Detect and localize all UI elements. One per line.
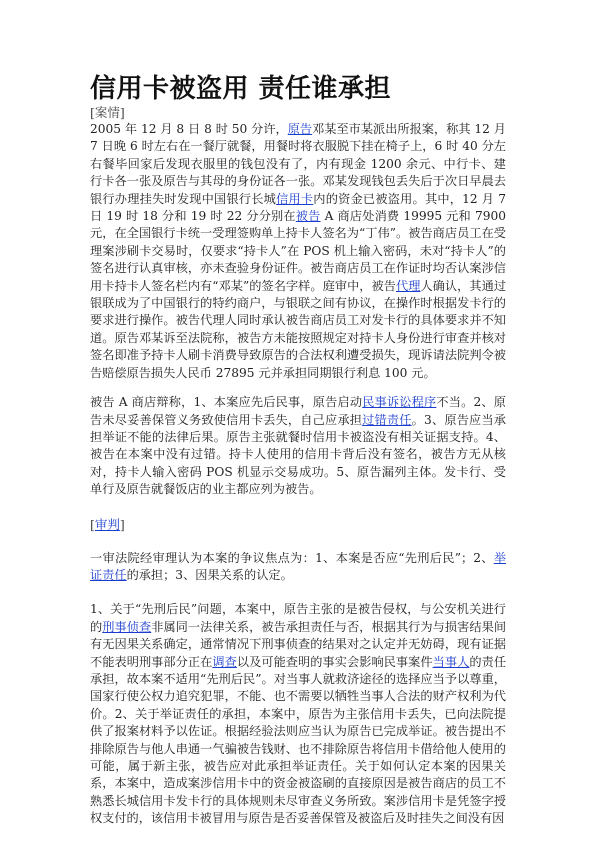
paragraph-text: 人确认，其通过银联成为了中国银行的特约商户，与银联之间有协议，在操作时根据发卡行…: [90, 279, 506, 380]
inline-term-link[interactable]: 刑事侦查: [102, 620, 151, 634]
case-paragraph-1: 2005 年 12 月 8 日 8 时 50 分许，原告邓某至市某派出所报案，称…: [90, 121, 506, 382]
inline-term-link[interactable]: 原告: [288, 122, 312, 136]
defense-paragraph: 被告 A 商店辩称，1、本案应先后民事，原告启动民事诉讼程序不当。2、原告未尽妥…: [90, 394, 506, 498]
paragraph-text: 被告 A 商店辩称，1、本案应先后民事，原告启动: [90, 395, 362, 409]
paragraph-text: 的责任承担，故本案不适用“先刑后民”。对当事人就救济途径的选择应当予以尊重，国家…: [90, 655, 506, 826]
judgment-section-label: [审判]: [90, 516, 506, 533]
inline-term-link[interactable]: 被告: [296, 209, 321, 223]
inline-term-link[interactable]: 民事诉讼程序: [362, 395, 436, 409]
inline-term-link[interactable]: 信用卡: [276, 192, 313, 206]
inline-term-link[interactable]: 代理: [396, 279, 420, 293]
paragraph-text: 2005 年 12 月 8 日 8 时 50 分许，: [90, 122, 288, 136]
judgment-link[interactable]: 审判: [95, 517, 120, 532]
document-page: 信用卡被盗用 责任谁承担 [案情] 2005 年 12 月 8 日 8 时 50…: [90, 74, 506, 828]
inline-term-link[interactable]: 当事人: [433, 655, 470, 669]
paragraph-text: 以及可能查明的事实会影响民事案件: [237, 655, 433, 669]
case-section-label: [案情]: [90, 104, 506, 121]
inline-term-link[interactable]: 过错责任: [362, 413, 411, 427]
paragraph-text: 的承担；3、因果关系的认定。: [127, 568, 293, 582]
dispute-focus-paragraph: 一审法院经审理认为本案的争议焦点为：1、本案是否应“先刑后民”；2、举证责任的承…: [90, 550, 506, 585]
reasoning-paragraph: 1、关于“先刑后民”问题，本案中，原告主张的是被告侵权，与公安机关进行的刑事侦查…: [90, 601, 506, 827]
paragraph-text: 一审法院经审理认为本案的争议焦点为：1、本案是否应“先刑后民”；2、: [90, 551, 494, 565]
bracket-close: ]: [120, 517, 125, 532]
inline-term-link[interactable]: 调查: [212, 655, 236, 669]
page-title: 信用卡被盗用 责任谁承担: [90, 74, 506, 104]
